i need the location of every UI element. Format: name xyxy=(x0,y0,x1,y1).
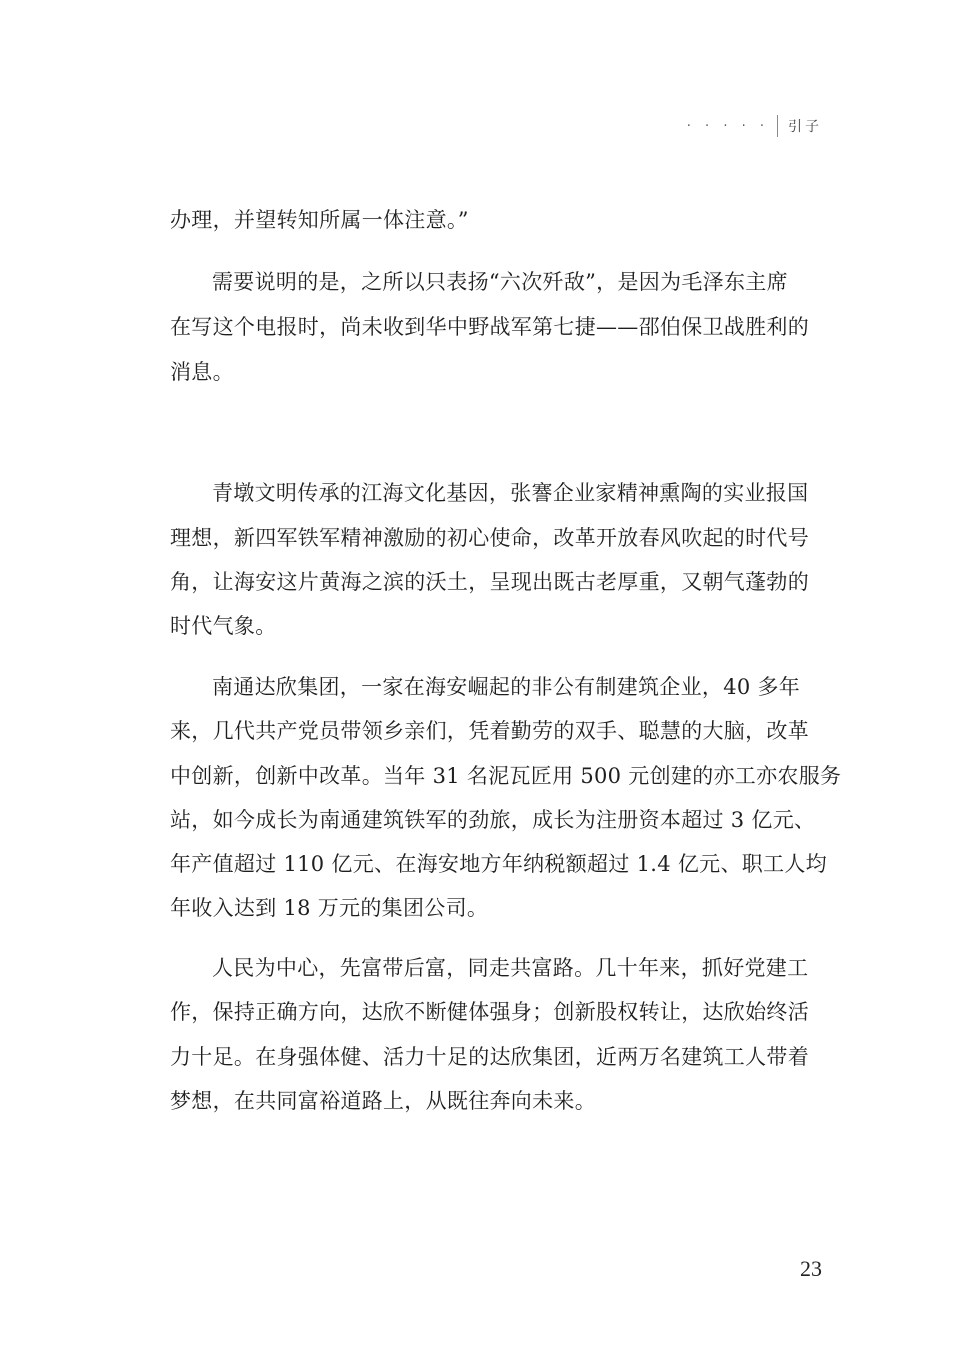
text-line: 青墩文明传承的江海文化基因，张謇企业家精神熏陶的实业报国 xyxy=(212,479,872,507)
text-line: 在写这个电报时，尚未收到华中野战军第七捷——邵伯保卫战胜利的 xyxy=(170,313,830,341)
text-line: 中创新，创新中改革。当年 31 名泥瓦匠用 500 元创建的亦工亦农服务 xyxy=(170,762,830,790)
text-line: 需要说明的是，之所以只表扬“六次歼敌”，是因为毛泽东主席 xyxy=(212,268,872,296)
text-line: 理想，新四军铁军精神激励的初心使命，改革开放春风吹起的时代号 xyxy=(170,524,830,552)
text-line: 来，几代共产党员带领乡亲们，凭着勤劳的双手、聪慧的大脑，改革 xyxy=(170,717,830,745)
text-line: 办理，并望转知所属一体注意。” xyxy=(170,206,830,234)
text-line: 年收入达到 18 万元的集团公司。 xyxy=(170,894,830,922)
text-line: 年产值超过 110 亿元、在海安地方年纳税额超过 1.4 亿元、职工人均 xyxy=(170,850,830,878)
text-line: 梦想，在共同富裕道路上，从既往奔向未来。 xyxy=(170,1087,830,1115)
running-head: · · · · · 引子 xyxy=(687,114,822,138)
running-head-dots: · · · · · xyxy=(687,119,769,134)
text-line: 南通达欣集团，一家在海安崛起的非公有制建筑企业，40 多年 xyxy=(212,673,872,701)
text-line: 人民为中心，先富带后富，同走共富路。几十年来，抓好党建工 xyxy=(212,954,872,982)
chapter-title: 引子 xyxy=(788,116,822,136)
text-line: 角，让海安这片黄海之滨的沃土，呈现出既古老厚重，又朝气蓬勃的 xyxy=(170,568,830,596)
text-line: 时代气象。 xyxy=(170,612,830,640)
page-number: 23 xyxy=(800,1256,822,1282)
text-line: 作，保持正确方向，达欣不断健体强身；创新股权转让，达欣始终活 xyxy=(170,998,830,1026)
text-line: 力十足。在身强体健、活力十足的达欣集团，近两万名建筑工人带着 xyxy=(170,1043,830,1071)
text-line: 消息。 xyxy=(170,358,830,386)
running-head-divider xyxy=(777,115,778,137)
text-line: 站，如今成长为南通建筑铁军的劲旅，成长为注册资本超过 3 亿元、 xyxy=(170,806,830,834)
